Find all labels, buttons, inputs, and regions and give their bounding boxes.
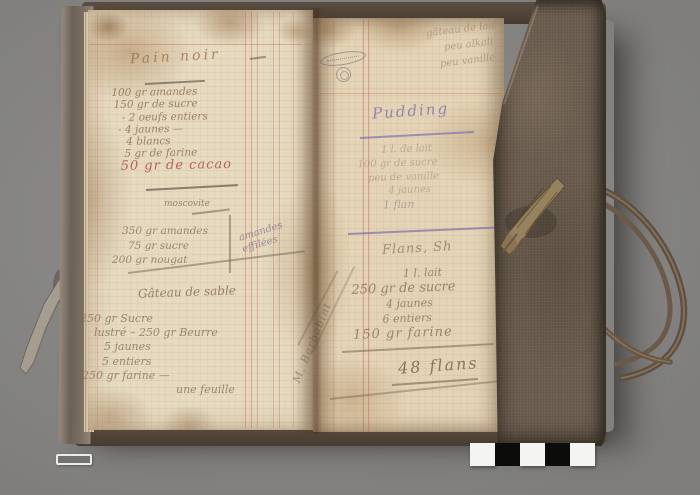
faint-notes-top: gâteau de lait peu alkali peu vanille — [425, 18, 500, 74]
calibration-bar — [470, 443, 595, 466]
red-rule — [273, 12, 274, 428]
handwriting-line: 50 gr de cacao — [121, 159, 233, 173]
recipe-flans-ingredients: 1 l. lait 250 gr de sucre 4 jaunes 6 ent… — [351, 264, 458, 343]
calibration-square-white — [520, 443, 545, 466]
red-rule-horizontal — [320, 93, 502, 94]
recipe-moscovite-ingredients: 350 gr amandes 75 gr sucre 200 gr nougat — [112, 224, 208, 268]
page-gutter-shadow — [294, 8, 338, 434]
handwriting-line: 250 gr farine — — [82, 369, 235, 383]
handwriting-line: une feuille — [176, 383, 235, 397]
red-rule — [257, 12, 258, 428]
recipe-sable-ingredients: 250 gr Sucre lustré – 250 gr Beurre 5 ja… — [80, 312, 235, 397]
handwriting-line: 5 jaunes — [104, 340, 235, 354]
handwriting-line: 5 entiers — [102, 355, 235, 369]
ink-stamp-round — [336, 67, 351, 82]
calibration-square-black — [545, 443, 570, 466]
red-rule — [363, 20, 364, 432]
photo-scene: Pain noir 100 gr amandes 150 gr de sucre… — [0, 0, 700, 495]
handwriting-line: 250 gr Sucre — [80, 312, 235, 326]
calibration-square-white — [570, 443, 595, 466]
calibration-square-white — [470, 443, 495, 466]
red-rule — [245, 12, 246, 428]
recipe-pain-noir-ingredients: 100 gr amandes 150 gr de sucre - 2 oeufs… — [111, 85, 232, 173]
recipe-subheading-moscovite: moscovite — [164, 199, 210, 209]
scale-marker — [56, 454, 92, 465]
calibration-square-black — [495, 443, 520, 466]
red-rule — [368, 20, 369, 432]
pencil-bracket — [229, 215, 231, 273]
frayed-strap — [497, 176, 569, 260]
handwriting-line: lustré – 250 gr Beurre — [94, 326, 235, 340]
handwriting-line: 75 gr sucre — [128, 239, 208, 254]
handwriting-line: 350 gr amandes — [122, 224, 208, 239]
red-rule-horizontal — [90, 44, 302, 45]
recipe-pudding-ingredients: 1 l. de lait 100 gr de sucre peu de vani… — [357, 142, 440, 214]
red-rule — [251, 12, 252, 428]
handwriting-line: 1 flan — [383, 197, 440, 213]
